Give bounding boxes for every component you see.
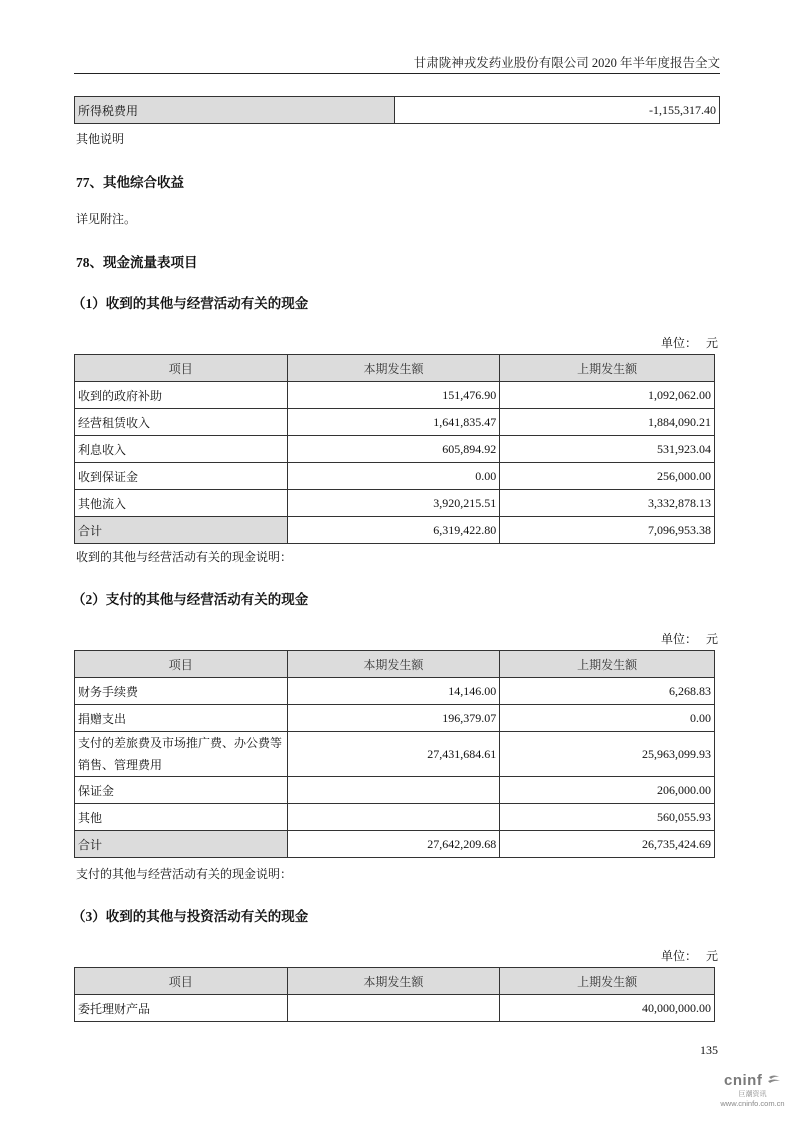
row-current: 151,476.90 [287, 382, 500, 409]
table-header-row: 项目 本期发生额 上期发生额 [75, 968, 715, 995]
total-label: 合计 [75, 831, 288, 858]
income-tax-table: 所得税费用 -1,155,317.40 [74, 96, 720, 124]
row-item: 收到的政府补助 [75, 382, 288, 409]
row-current: 1,641,835.47 [287, 409, 500, 436]
row-previous: 0.00 [500, 705, 715, 732]
other-note: 其他说明 [76, 130, 124, 147]
row-item: 经营租赁收入 [75, 409, 288, 436]
column-header-item: 项目 [75, 355, 288, 382]
row-current: 3,920,215.51 [287, 490, 500, 517]
total-label: 合计 [75, 517, 288, 544]
section-77-heading: 77、其他综合收益 [76, 171, 184, 191]
table-row: 委托理财产品 40,000,000.00 [75, 995, 715, 1022]
cninfo-logo: cninf 巨潮资讯 www.cninfo.com.cn [715, 1072, 790, 1108]
column-header-previous: 上期发生额 [500, 651, 715, 678]
row-item: 捐赠支出 [75, 705, 288, 732]
table2-unit: 单位： 元 [661, 630, 718, 647]
operating-cash-received-table: 项目 本期发生额 上期发生额 收到的政府补助 151,476.90 1,092,… [74, 354, 715, 544]
row-item: 财务手续费 [75, 678, 288, 705]
table1-unit: 单位： 元 [661, 334, 718, 351]
table3-title: （3）收到的其他与投资活动有关的现金 [72, 905, 308, 925]
row-previous: 1,092,062.00 [500, 382, 715, 409]
table-row: 其他 560,055.93 [75, 804, 715, 831]
row-previous: 531,923.04 [500, 436, 715, 463]
row-item: 委托理财产品 [75, 995, 288, 1022]
row-previous: 25,963,099.93 [500, 732, 715, 777]
total-current: 6,319,422.80 [287, 517, 500, 544]
logo-url: www.cninfo.com.cn [715, 1099, 790, 1108]
row-current: 196,379.07 [287, 705, 500, 732]
table1-title: （1）收到的其他与经营活动有关的现金 [72, 292, 308, 312]
row-item: 其他流入 [75, 490, 288, 517]
column-header-previous: 上期发生额 [500, 968, 715, 995]
logo-text: cninf [724, 1072, 762, 1089]
section-78-heading: 78、现金流量表项目 [76, 251, 198, 271]
header-divider [74, 73, 720, 74]
cninfo-swirl-icon [767, 1074, 781, 1086]
row-previous: 6,268.83 [500, 678, 715, 705]
table2-note: 支付的其他与经营活动有关的现金说明： [76, 865, 292, 882]
row-previous: 3,332,878.13 [500, 490, 715, 517]
column-header-current: 本期发生额 [287, 651, 500, 678]
row-current: 27,431,684.61 [287, 732, 500, 777]
operating-cash-paid-table: 项目 本期发生额 上期发生额 财务手续费 14,146.00 6,268.83 … [74, 650, 715, 858]
total-previous: 26,735,424.69 [500, 831, 715, 858]
row-previous: 206,000.00 [500, 777, 715, 804]
row-item: 收到保证金 [75, 463, 288, 490]
table-header-row: 项目 本期发生额 上期发生额 [75, 355, 715, 382]
investment-cash-received-table: 项目 本期发生额 上期发生额 委托理财产品 40,000,000.00 [74, 967, 715, 1022]
section-77-text: 详见附注。 [76, 210, 136, 227]
table-row: 经营租赁收入 1,641,835.47 1,884,090.21 [75, 409, 715, 436]
total-current: 27,642,209.68 [287, 831, 500, 858]
row-item: 其他 [75, 804, 288, 831]
row-label: 所得税费用 [75, 97, 395, 124]
table1-note: 收到的其他与经营活动有关的现金说明： [76, 548, 292, 565]
table-row: 收到保证金 0.00 256,000.00 [75, 463, 715, 490]
table-header-row: 项目 本期发生额 上期发生额 [75, 651, 715, 678]
table-row: 其他流入 3,920,215.51 3,332,878.13 [75, 490, 715, 517]
row-current [287, 777, 500, 804]
row-current: 605,894.92 [287, 436, 500, 463]
column-header-current: 本期发生额 [287, 968, 500, 995]
column-header-previous: 上期发生额 [500, 355, 715, 382]
table-row: 利息收入 605,894.92 531,923.04 [75, 436, 715, 463]
table-row: 收到的政府补助 151,476.90 1,092,062.00 [75, 382, 715, 409]
row-previous: 560,055.93 [500, 804, 715, 831]
row-current: 0.00 [287, 463, 500, 490]
table-total-row: 合计 27,642,209.68 26,735,424.69 [75, 831, 715, 858]
row-previous: 1,884,090.21 [500, 409, 715, 436]
row-current [287, 995, 500, 1022]
page-number: 135 [700, 1043, 718, 1058]
table-row: 保证金 206,000.00 [75, 777, 715, 804]
row-previous: 256,000.00 [500, 463, 715, 490]
row-current [287, 804, 500, 831]
table-row: 捐赠支出 196,379.07 0.00 [75, 705, 715, 732]
row-item: 支付的差旅费及市场推广费、办公费等 销售、管理费用 [75, 732, 288, 777]
column-header-item: 项目 [75, 968, 288, 995]
row-value: -1,155,317.40 [395, 97, 720, 124]
table-row: 支付的差旅费及市场推广费、办公费等 销售、管理费用 27,431,684.61 … [75, 732, 715, 777]
row-item-line1: 支付的差旅费及市场推广费、办公费等 [78, 732, 284, 754]
column-header-item: 项目 [75, 651, 288, 678]
table-row: 财务手续费 14,146.00 6,268.83 [75, 678, 715, 705]
row-previous: 40,000,000.00 [500, 995, 715, 1022]
table-total-row: 合计 6,319,422.80 7,096,953.38 [75, 517, 715, 544]
column-header-current: 本期发生额 [287, 355, 500, 382]
row-item-line2: 销售、管理费用 [78, 754, 284, 776]
table2-title: （2）支付的其他与经营活动有关的现金 [72, 588, 308, 608]
row-current: 14,146.00 [287, 678, 500, 705]
report-header-title: 甘肃陇神戎发药业股份有限公司 2020 年半年度报告全文 [74, 53, 720, 71]
table-row: 所得税费用 -1,155,317.40 [75, 97, 720, 124]
row-item: 保证金 [75, 777, 288, 804]
logo-subtitle: 巨潮资讯 [715, 1089, 790, 1099]
total-previous: 7,096,953.38 [500, 517, 715, 544]
row-item: 利息收入 [75, 436, 288, 463]
table3-unit: 单位： 元 [661, 947, 718, 964]
